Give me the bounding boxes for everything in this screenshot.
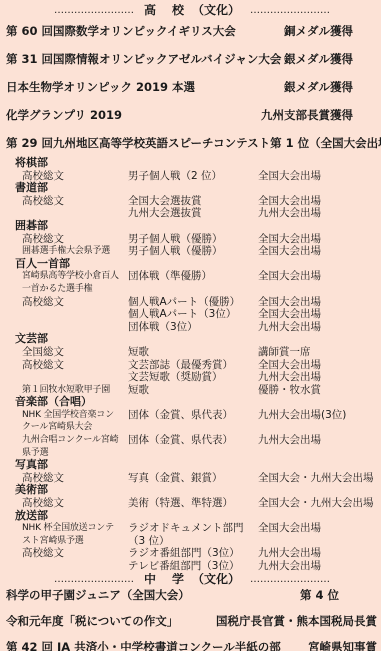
event-cell: 高校総文 <box>22 296 128 309</box>
award: 銀メダル獲得 <box>284 80 353 94</box>
section-category: （文化） <box>192 4 240 17</box>
result-cell: 短歌 <box>128 384 258 397</box>
result-cell: 全国大会選抜賞 <box>128 195 258 208</box>
outcome-cell: 全国大会出場 <box>258 170 378 183</box>
contest-name: 第 31 回国際情報オリンピックアゼルバイジャン大会 <box>6 52 281 66</box>
achievements-page: …………………… 高 校 （文化） …………………… 第 60 回国際数学オリン… <box>0 0 381 651</box>
high-school-achievements: 第 60 回国際数学オリンピックイギリス大会 銅メダル獲得 第 31 回国際情報… <box>6 24 378 150</box>
result-cell: 個人戦Aパート（3位） <box>128 308 258 321</box>
outcome-cell: 全国大会出場 <box>258 245 378 258</box>
result-cell: 文芸短歌（奨励賞） <box>128 371 258 384</box>
outcome-cell: 全国大会出場 <box>258 308 378 321</box>
event-cell: 高校総文 <box>22 497 128 510</box>
table-row: 高校総文 全国大会選抜賞 全国大会出場 <box>6 195 378 208</box>
contest-name: 科学の甲子園ジュニア（全国大会） <box>6 588 190 602</box>
club-name-bijutsu: 美術部 <box>6 484 378 497</box>
table-row: NHK 全国学校音楽コンクール宮崎県大会 団体（金賞、県代表） 九州大会出場(3… <box>6 409 378 434</box>
dotted-leader: …………………… <box>54 4 134 17</box>
table-row: 宮崎県高等学校小倉百人一首かるた選手権 団体戦（準優勝） 全国大会出場 <box>6 270 378 295</box>
contest-name: 令和元年度「税についての作文」 <box>6 614 178 628</box>
table-row: 高校総文 写真（金賞、銀賞） 全国大会・九州大会出場 <box>6 472 378 485</box>
junior-high-section-header: …………………… 中 学 （文化） …………………… <box>6 573 378 586</box>
event-cell: NHK 杯全国放送コンテスト宮崎県予選 <box>22 522 128 547</box>
table-row: 高校総文 文芸部誌（最優秀賞） 全国大会出場 <box>6 359 378 372</box>
table-row: 個人戦Aパート（3位） 全国大会出場 <box>6 308 378 321</box>
dotted-leader: …………………… <box>250 573 330 586</box>
event-cell: 全国総文 <box>22 346 128 359</box>
section-title: 中 学 <box>144 573 186 586</box>
outcome-cell: 全国大会出場 <box>258 359 378 372</box>
outcome-cell: 全国大会・九州大会出場 <box>258 497 378 510</box>
event-cell: 高校総文 <box>22 233 128 246</box>
result-cell: ラジオ番組部門（3位） <box>128 547 258 560</box>
outcome-cell: 九州大会出場 <box>258 371 378 384</box>
club-name-shogi: 将棋部 <box>6 157 378 170</box>
contest-name: 第 60 回国際数学オリンピックイギリス大会 <box>6 24 236 38</box>
outcome-cell: 優勝・牧水賞 <box>258 384 378 397</box>
achievement-row: 化学グランプリ 2019 九州支部長賞獲得 <box>6 108 378 122</box>
table-row: 囲碁選手権大会県予選 男子個人戦（優勝） 全国大会出場 <box>6 245 378 258</box>
event-cell: 宮崎県高等学校小倉百人一首かるた選手権 <box>22 270 128 295</box>
section-category: （文化） <box>192 573 240 586</box>
outcome-cell: 九州大会出場 <box>258 547 378 560</box>
dotted-leader: …………………… <box>250 4 330 17</box>
outcome-cell: 全国大会出場 <box>258 270 378 283</box>
table-row: 高校総文 男子個人戦（2 位） 全国大会出場 <box>6 170 378 183</box>
table-row: 高校総文 美術（特選、準特選） 全国大会・九州大会出場 <box>6 497 378 510</box>
result-cell: 個人戦Aパート（優勝） <box>128 296 258 309</box>
junior-high-achievements: 科学の甲子園ジュニア（全国大会） 第 4 位 令和元年度「税についての作文」 国… <box>6 588 378 651</box>
table-row: 団体戦（3位） 九州大会出場 <box>6 321 378 334</box>
table-row: テレビ番組部門（3位） 九州大会出場 <box>6 560 378 573</box>
section-title: 高 校 <box>144 4 186 17</box>
achievement-row: 第 42 回 JA 共済小・中学校書道コンクール半紙の部 宮崎県知事賞 <box>6 640 378 651</box>
event-cell: 高校総文 <box>22 359 128 372</box>
event-cell: 高校総文 <box>22 547 128 560</box>
outcome-cell: 九州大会出場 <box>258 321 378 334</box>
table-row: 文芸短歌（奨励賞） 九州大会出場 <box>6 371 378 384</box>
outcome-cell: 九州大会出場(3位) <box>258 409 378 422</box>
club-name-hoso: 放送部 <box>6 510 378 523</box>
table-row: 高校総文 ラジオ番組部門（3位） 九州大会出場 <box>6 547 378 560</box>
award: 国税庁長官賞・熊本国税局長賞 <box>216 614 377 628</box>
club-results-table: 将棋部 高校総文 男子個人戦（2 位） 全国大会出場 書道部 高校総文 全国大会… <box>6 157 378 573</box>
outcome-cell: 全国大会出場 <box>258 233 378 246</box>
event-cell: NHK 全国学校音楽コンクール宮崎県大会 <box>22 409 128 434</box>
high-school-section-header: …………………… 高 校 （文化） …………………… <box>6 4 378 17</box>
event-cell: 九州合唱コンクール宮崎県予選 <box>22 434 128 459</box>
result-cell: 男子個人戦（優勝） <box>128 233 258 246</box>
contest-name: 化学グランプリ 2019 <box>6 108 122 122</box>
table-row: 九州合唱コンクール宮崎県予選 団体（金賞、県代表） 九州大会出場 <box>6 434 378 459</box>
table-row: 全国総文 短歌 講師賞一席 <box>6 346 378 359</box>
club-name-shodo: 書道部 <box>6 182 378 195</box>
achievement-row: 第 29 回九州地区高等学校英語スピーチコンテスト 第 1 位（全国大会出場） <box>6 136 378 150</box>
award: 銅メダル獲得 <box>284 24 353 38</box>
outcome-cell: 講師賞一席 <box>258 346 378 359</box>
award: 銀メダル獲得 <box>284 52 353 66</box>
table-row: 高校総文 男子個人戦（優勝） 全国大会出場 <box>6 233 378 246</box>
dotted-leader: …………………… <box>54 573 134 586</box>
outcome-cell: 全国大会・九州大会出場 <box>258 472 378 485</box>
outcome-cell: 九州大会出場 <box>258 207 378 220</box>
outcome-cell: 全国大会出場 <box>258 195 378 208</box>
achievement-row: 日本生物学オリンピック 2019 本選 銀メダル獲得 <box>6 80 378 94</box>
event-cell: 囲碁選手権大会県予選 <box>22 245 128 258</box>
achievement-row: 令和元年度「税についての作文」 国税庁長官賞・熊本国税局長賞 <box>6 614 378 628</box>
outcome-cell: 全国大会出場 <box>258 522 378 535</box>
club-name-ongaku: 音楽部（合唱） <box>6 396 378 409</box>
outcome-cell: 全国大会出場 <box>258 296 378 309</box>
result-cell: 団体（金賞、県代表） <box>128 409 258 422</box>
club-name-hyakunin-isshu: 百人一首部 <box>6 258 378 271</box>
result-cell: 美術（特選、準特選） <box>128 497 258 510</box>
award: 第 4 位 <box>300 588 339 602</box>
result-cell: 団体戦（3位） <box>128 321 258 334</box>
club-name-bungei: 文芸部 <box>6 333 378 346</box>
outcome-cell: 九州大会出場 <box>258 434 378 447</box>
result-cell: 九州大会選抜賞 <box>128 207 258 220</box>
result-cell: 文芸部誌（最優秀賞） <box>128 359 258 372</box>
result-cell: 団体戦（準優勝） <box>128 270 258 283</box>
result-cell: テレビ番組部門（3位） <box>128 560 258 573</box>
award: 九州支部長賞獲得 <box>261 108 353 122</box>
table-row: 九州大会選抜賞 九州大会出場 <box>6 207 378 220</box>
result-cell: 男子個人戦（優勝） <box>128 245 258 258</box>
outcome-cell: 九州大会出場 <box>258 560 378 573</box>
award: 第 1 位（全国大会出場） <box>270 136 381 150</box>
table-row: NHK 杯全国放送コンテスト宮崎県予選 ラジオドキュメント部門（3 位） 全国大… <box>6 522 378 547</box>
contest-name: 第 29 回九州地区高等学校英語スピーチコンテスト <box>6 136 270 150</box>
result-cell: ラジオドキュメント部門（3 位） <box>128 522 258 547</box>
contest-name: 日本生物学オリンピック 2019 本選 <box>6 80 195 94</box>
result-cell: 団体（金賞、県代表） <box>128 434 258 447</box>
result-cell: 男子個人戦（2 位） <box>128 170 258 183</box>
achievement-row: 第 60 回国際数学オリンピックイギリス大会 銅メダル獲得 <box>6 24 378 38</box>
result-cell: 短歌 <box>128 346 258 359</box>
event-cell: 高校総文 <box>22 195 128 208</box>
achievement-row: 第 31 回国際情報オリンピックアゼルバイジャン大会 銀メダル獲得 <box>6 52 378 66</box>
club-name-shashin: 写真部 <box>6 459 378 472</box>
award: 宮崎県知事賞 <box>308 640 377 651</box>
table-row: 高校総文 個人戦Aパート（優勝） 全国大会出場 <box>6 296 378 309</box>
result-cell: 写真（金賞、銀賞） <box>128 472 258 485</box>
contest-name: 第 42 回 JA 共済小・中学校書道コンクール半紙の部 <box>6 640 281 651</box>
achievement-row: 科学の甲子園ジュニア（全国大会） 第 4 位 <box>6 588 378 602</box>
club-name-igo: 囲碁部 <box>6 220 378 233</box>
